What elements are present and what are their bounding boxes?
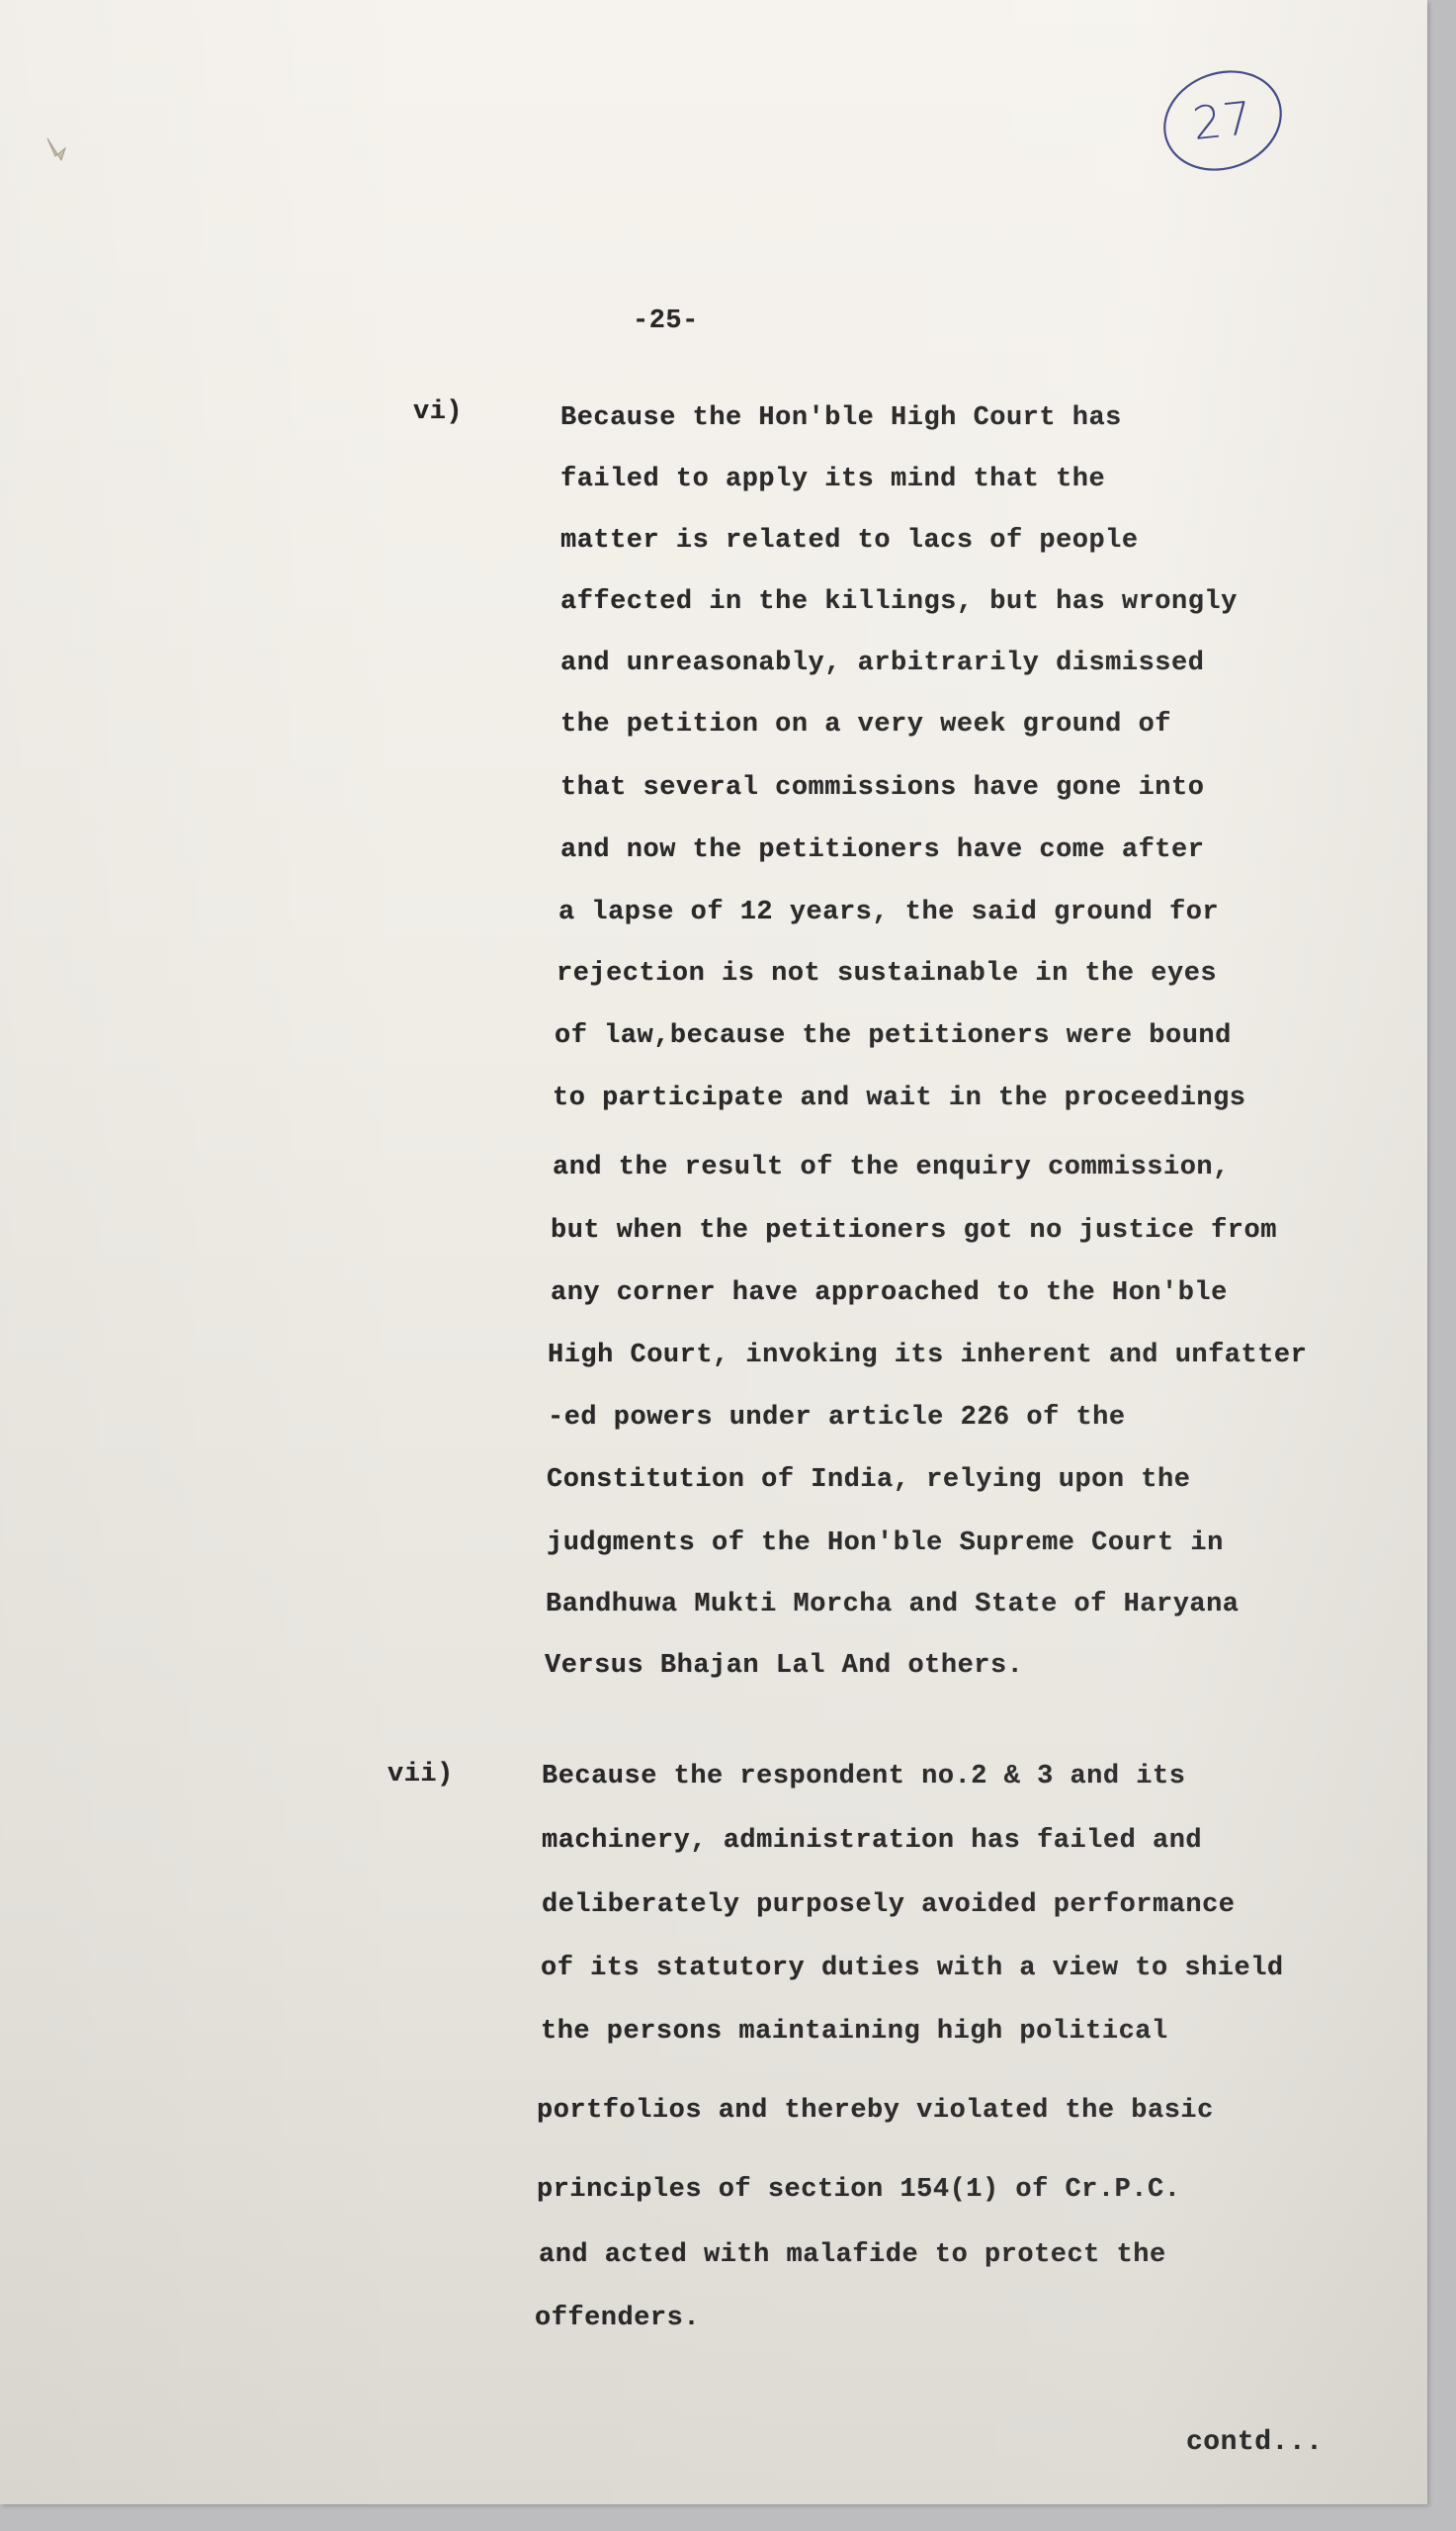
staple-mark-icon xyxy=(43,136,73,166)
ground-text-line: matter is related to lacs of people xyxy=(560,526,1139,556)
ground-text-line: of its statutory duties with a view to s… xyxy=(541,1954,1284,1983)
ground-text-line: Because the respondent no.2 & 3 and its xyxy=(542,1762,1185,1791)
ground-text-line: and unreasonably, arbitrarily dismissed xyxy=(560,649,1204,678)
ground-text-line: the petition on a very week ground of xyxy=(560,710,1171,740)
ground-text-line: machinery, administration has failed and xyxy=(542,1826,1202,1856)
folio-stamp: 27 xyxy=(1158,67,1287,174)
ground-text-line: rejection is not sustainable in the eyes xyxy=(557,959,1217,989)
ground-text-line: offenders. xyxy=(535,2304,700,2333)
ground-text-line: any corner have approached to the Hon'bl… xyxy=(551,1278,1228,1308)
ground-text-line: judgments of the Hon'ble Supreme Court i… xyxy=(547,1528,1224,1558)
ground-text-line: that several commissions have gone into xyxy=(560,773,1204,803)
ground-text-line: Versus Bhajan Lal And others. xyxy=(545,1651,1023,1681)
ground-text-line: the persons maintaining high political xyxy=(541,2017,1168,2047)
ground-text-line: portfolios and thereby violated the basi… xyxy=(537,2096,1214,2126)
ground-text-line: and now the petitioners have come after xyxy=(560,835,1204,865)
ground-text-line: deliberately purposely avoided performan… xyxy=(542,1890,1236,1920)
ground-text-line: and acted with malafide to protect the xyxy=(539,2240,1166,2270)
ground-text-line: of law,because the petitioners were boun… xyxy=(555,1021,1232,1051)
ground-marker: vii) xyxy=(387,1760,454,1789)
ground-text-line: High Court, invoking its inherent and un… xyxy=(548,1341,1307,1370)
ground-text-line: Bandhuwa Mukti Morcha and State of Harya… xyxy=(546,1590,1240,1619)
folio-number: 27 xyxy=(1154,61,1293,181)
ground-text-line: a lapse of 12 years, the said ground for xyxy=(558,898,1219,927)
page-number: -25- xyxy=(633,306,699,336)
ground-text-line: failed to apply its mind that the xyxy=(560,465,1105,494)
ground-text-line: affected in the killings, but has wrongl… xyxy=(560,587,1238,617)
ground-text-line: -ed powers under article 226 of the xyxy=(548,1403,1126,1433)
ground-marker: vi) xyxy=(413,397,463,427)
document-page: 27 -25- vi)Because the Hon'ble High Cour… xyxy=(0,0,1427,2504)
continued-note: contd... xyxy=(1186,2427,1323,2458)
ground-text-line: Because the Hon'ble High Court has xyxy=(560,403,1122,433)
ground-text-line: principles of section 154(1) of Cr.P.C. xyxy=(537,2175,1180,2205)
ground-text-line: but when the petitioners got no justice … xyxy=(551,1216,1277,1246)
ground-text-line: Constitution of India, relying upon the xyxy=(547,1465,1190,1495)
ground-text-line: and the result of the enquiry commission… xyxy=(553,1153,1230,1182)
ground-text-line: to participate and wait in the proceedin… xyxy=(553,1084,1246,1113)
